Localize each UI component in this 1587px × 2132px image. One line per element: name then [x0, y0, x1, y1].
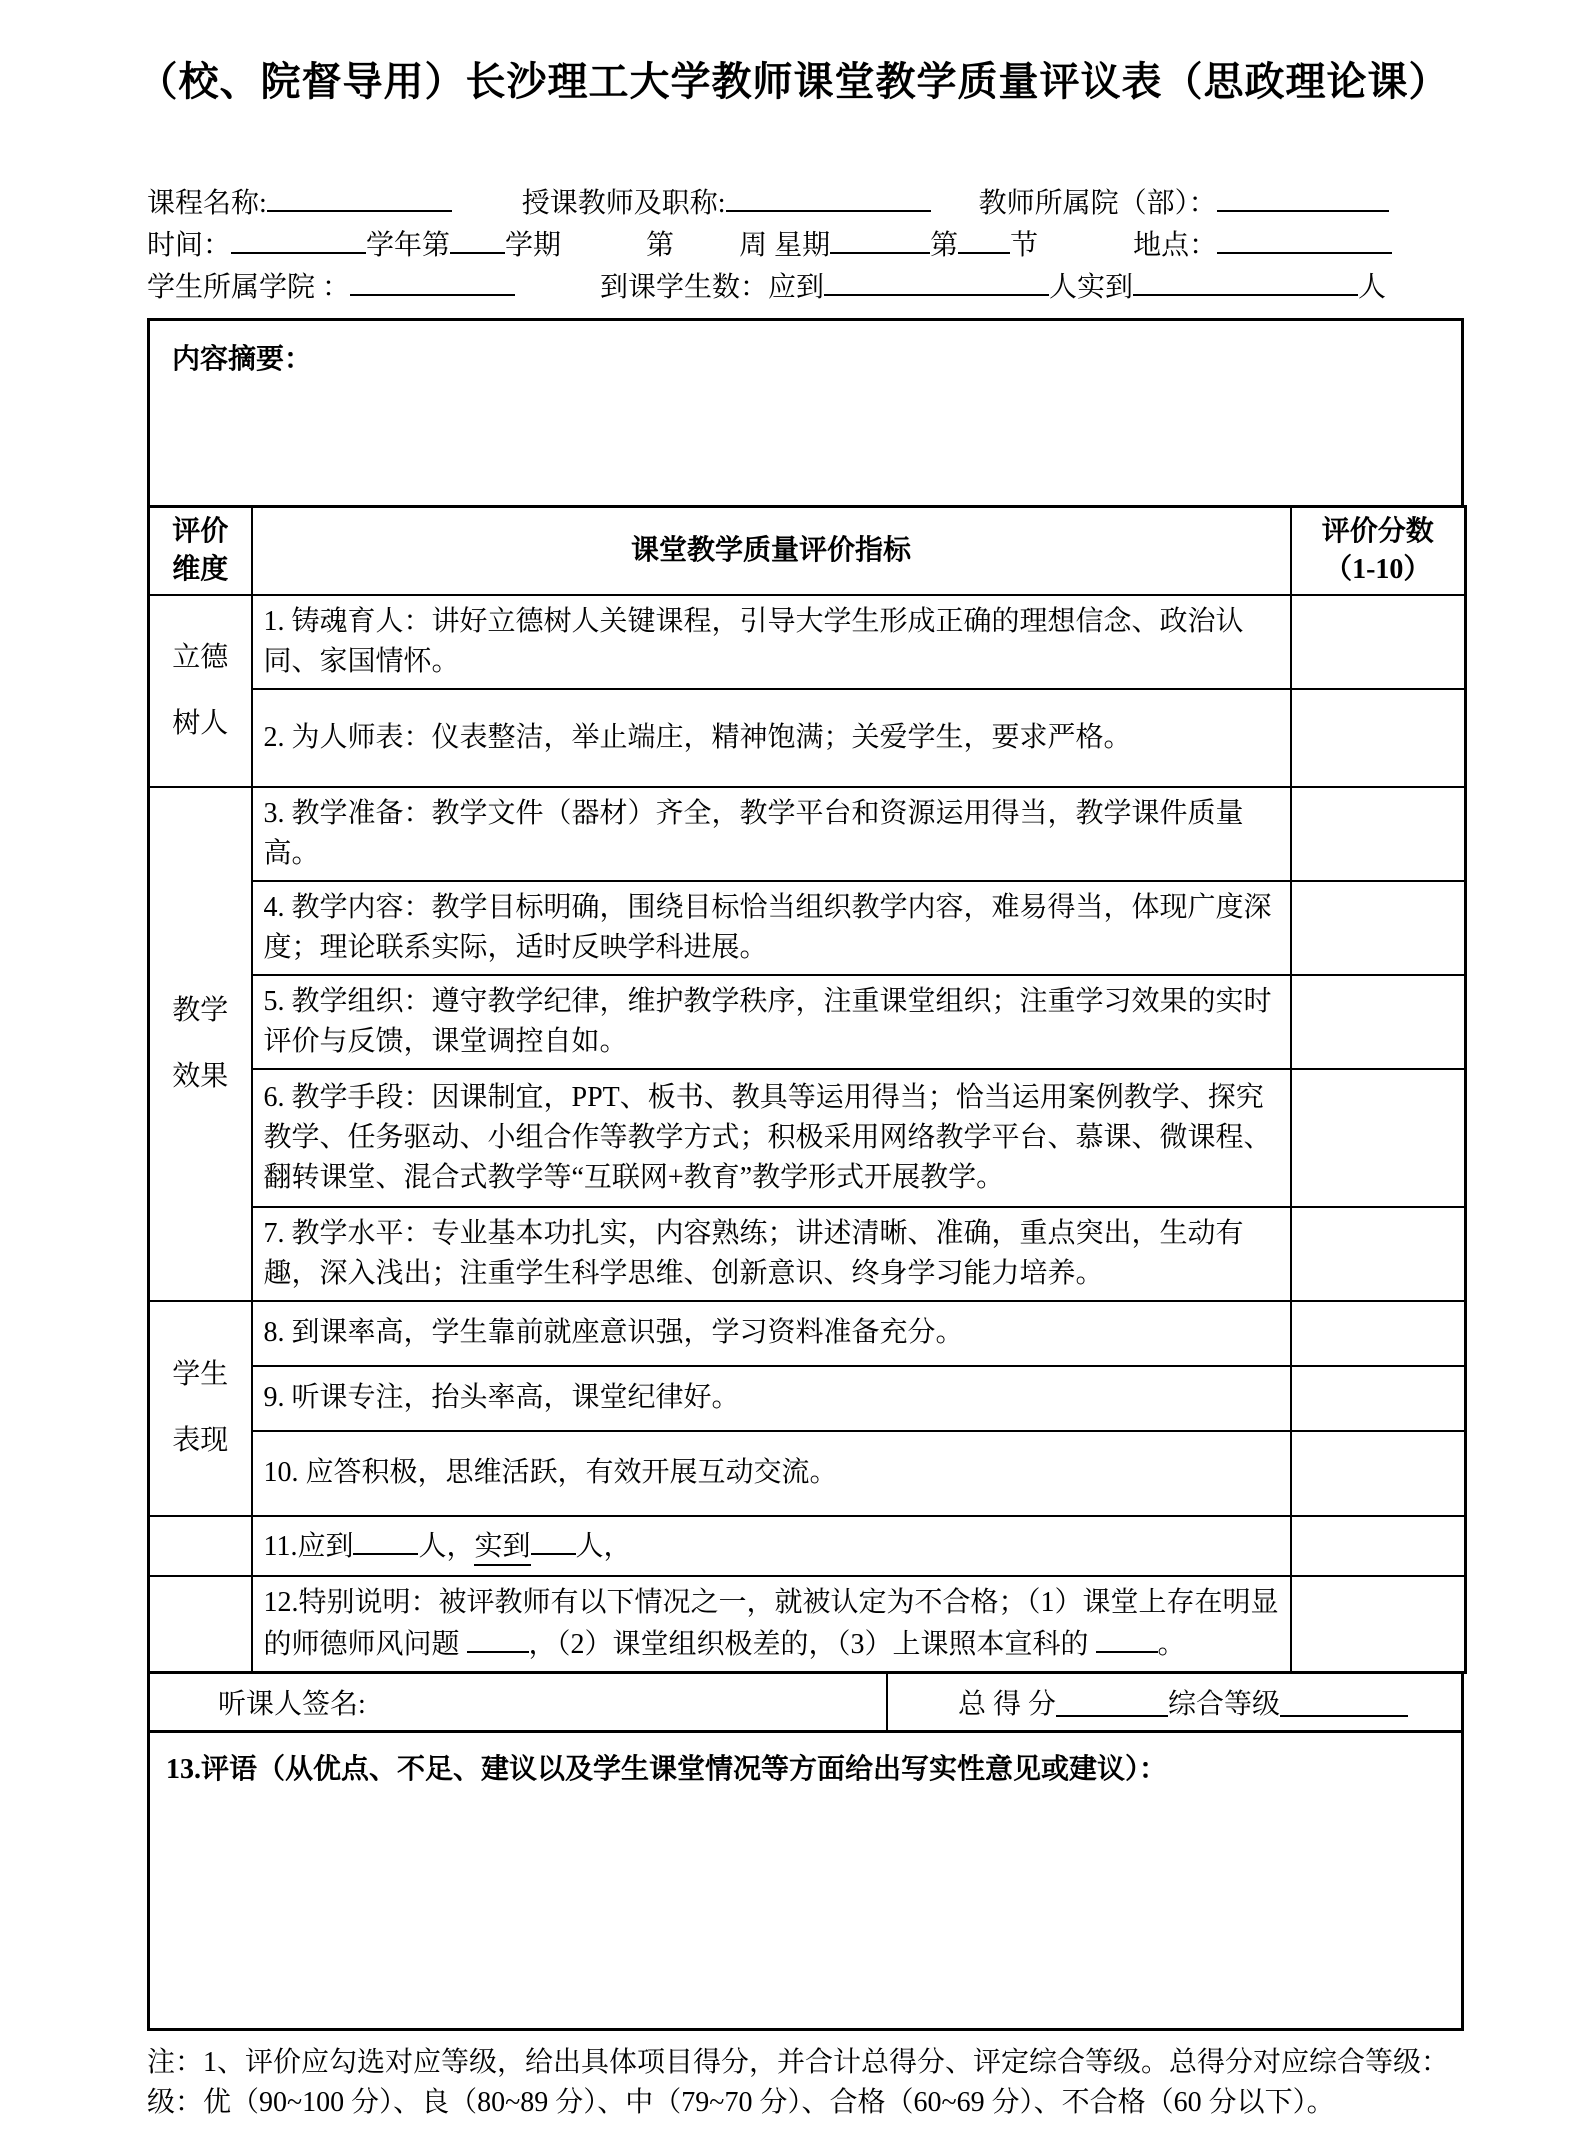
comment-box[interactable]: 13.评语（从优点、不足、建议以及学生课堂情况等方面给出写实性意见或建议）：: [147, 1730, 1464, 2031]
week-prefix-label: 第: [646, 230, 674, 261]
score-cell-8[interactable]: [1291, 1301, 1466, 1366]
actual-label-underlined: 实到: [474, 1531, 530, 1566]
term-blank[interactable]: [450, 224, 505, 254]
table-row: 11.应到人，实到人，: [149, 1516, 1466, 1576]
indicator-cell-7: 7. 教学水平：专业基本功扎实，内容熟练；讲述清晰、准确，重点突出，生动有趣，深…: [252, 1207, 1291, 1301]
score-cell-4[interactable]: [1291, 881, 1466, 975]
indicator-cell-12: 12.特别说明：被评教师有以下情况之一，就被认定为不合格；（1）课堂上存在明显的…: [252, 1576, 1291, 1673]
table-row: 立德 树人 1. 铸魂育人：讲好立德树人关键课程，引导大学生形成正确的理想信念、…: [149, 595, 1466, 689]
indicator-cell-4: 4. 教学内容：教学目标明确，围绕目标恰当组织教学内容，难易得当，体现广度深度；…: [252, 881, 1291, 975]
period-prefix-label: 第: [930, 230, 958, 261]
actual-count-blank[interactable]: [1133, 266, 1358, 296]
student-college-label: 学生所属学院 ：: [147, 272, 350, 303]
table-row: 6. 教学手段：因课制宜，PPT、板书、教具等运用得当；恰当运用案例教学、探究教…: [149, 1069, 1466, 1207]
content-summary-box[interactable]: 内容摘要：: [147, 318, 1464, 508]
course-name-label: 课程名称:: [147, 188, 267, 219]
indicator-cell-8: 8. 到课率高，学生靠前就座意识强，学习资料准备充分。: [252, 1301, 1291, 1366]
academic-year-blank[interactable]: [231, 224, 366, 254]
student-college-blank[interactable]: [350, 266, 515, 296]
form-page: （校、院督导用）长沙理工大学教师课堂教学质量评议表（思政理论课） 课程名称:授课…: [0, 0, 1587, 2132]
dimension-cell-empty-12: [149, 1576, 252, 1673]
content-summary-label: 内容摘要：: [172, 344, 312, 375]
footer-notes: 注：1、评价应勾选对应等级，给出具体项目得分，并合计总得分、评定综合等级。总得分…: [147, 2043, 1464, 2123]
indicator-cell-11: 11.应到人，实到人，: [252, 1516, 1291, 1576]
indicator-cell-1: 1. 铸魂育人：讲好立德树人关键课程，引导大学生形成正确的理想信念、政治认同、家…: [252, 595, 1291, 689]
overall-grade-blank[interactable]: [1280, 1687, 1408, 1717]
yearterm-label: 学年第: [366, 230, 450, 261]
header-score: 评价分数 （1-10）: [1291, 507, 1466, 595]
score-cell-5[interactable]: [1291, 975, 1466, 1069]
page-title: （校、院督导用）长沙理工大学教师课堂教学质量评议表（思政理论课）: [40, 56, 1547, 108]
weekday-blank[interactable]: [830, 224, 930, 254]
department-blank[interactable]: [1217, 182, 1389, 212]
indicator-cell-3: 3. 教学准备：教学文件（器材）齐全，教学平台和资源运用得当，教学课件质量高。: [252, 787, 1291, 881]
score-cell-6[interactable]: [1291, 1069, 1466, 1207]
time-label: 时间：: [147, 230, 231, 261]
total-score-blank[interactable]: [1056, 1687, 1168, 1717]
table-row: 学生 表现 8. 到课率高，学生靠前就座意识强，学习资料准备充分。: [149, 1301, 1466, 1366]
dimension-cell-morality: 立德 树人: [149, 595, 252, 787]
score-cell-2[interactable]: [1291, 689, 1466, 787]
actual-count-blank-11[interactable]: [531, 1525, 576, 1555]
signature-row: 听课人签名: 总 得 分综合等级: [147, 1671, 1464, 1733]
total-score-label: 总 得 分: [958, 1682, 1056, 1722]
location-label: 地点：: [1133, 230, 1217, 261]
overall-grade-label: 综合等级: [1168, 1682, 1280, 1722]
info-line-2: 时间：学年第学期第周 星期第节地点：: [147, 224, 1464, 266]
table-row: 4. 教学内容：教学目标明确，围绕目标恰当组织教学内容，难易得当，体现广度深度；…: [149, 881, 1466, 975]
note-line-1: 注：1、评价应勾选对应等级，给出具体项目得分，并合计总得分、评定综合等级。总得分…: [147, 2043, 1464, 2083]
expected-count-blank[interactable]: [824, 266, 1049, 296]
attendance-suffix-label: 人: [1358, 272, 1386, 303]
course-name-blank[interactable]: [267, 182, 452, 212]
score-cell-7[interactable]: [1291, 1207, 1466, 1301]
header-indicator: 课堂教学质量评价指标: [252, 507, 1291, 595]
indicator-cell-10: 10. 应答积极，思维活跃，有效开展互动交流。: [252, 1431, 1291, 1516]
info-line-1: 课程名称:授课教师及职称:教师所属院（部）：: [147, 182, 1464, 224]
score-cell-10[interactable]: [1291, 1431, 1466, 1516]
table-row: 教学 效果 3. 教学准备：教学文件（器材）齐全，教学平台和资源运用得当，教学课…: [149, 787, 1466, 881]
teacher-title-blank[interactable]: [726, 182, 931, 212]
location-blank[interactable]: [1217, 224, 1392, 254]
score-cell-12[interactable]: [1291, 1576, 1466, 1673]
signer-label: 听课人签名:: [218, 1682, 366, 1722]
score-cell-3[interactable]: [1291, 787, 1466, 881]
ethics-issue-blank[interactable]: [467, 1623, 529, 1653]
period-suffix-label: 节: [1010, 230, 1038, 261]
quality-evaluation-table: 评价 维度 课堂教学质量评价指标 评价分数 （1-10） 立德 树人 1. 铸魂…: [147, 505, 1467, 1674]
table-row: 7. 教学水平：专业基本功扎实，内容熟练；讲述清晰、准确，重点突出，生动有趣，深…: [149, 1207, 1466, 1301]
table-row: 9. 听课专注，抬头率高，课堂纪律好。: [149, 1366, 1466, 1431]
department-label: 教师所属院（部）：: [979, 188, 1217, 219]
script-reading-blank[interactable]: [1096, 1623, 1158, 1653]
table-header-row: 评价 维度 课堂教学质量评价指标 评价分数 （1-10）: [149, 507, 1466, 595]
period-blank[interactable]: [958, 224, 1010, 254]
indicator-cell-5: 5. 教学组织：遵守教学纪律，维护教学秩序，注重课堂组织；注重学习效果的实时评价…: [252, 975, 1291, 1069]
score-cell-9[interactable]: [1291, 1366, 1466, 1431]
note-line-2: 级：优（90~100 分）、良（80~89 分）、中（79~70 分）、合格（6…: [147, 2083, 1464, 2123]
term-suffix-label: 学期: [505, 230, 561, 261]
info-line-3: 学生所属学院 ：到课学生数：应到人实到人: [147, 266, 1464, 308]
signer-cell: 听课人签名:: [150, 1674, 888, 1730]
table-row: 5. 教学组织：遵守教学纪律，维护教学秩序，注重课堂组织；注重学习效果的实时评价…: [149, 975, 1466, 1069]
header-dimension: 评价 维度: [149, 507, 252, 595]
comment-label: 13.评语（从优点、不足、建议以及学生课堂情况等方面给出写实性意见或建议）：: [166, 1754, 1167, 1785]
indicator-cell-2: 2. 为人师表：仪表整洁，举止端庄，精神饱满；关爱学生，要求严格。: [252, 689, 1291, 787]
teacher-title-label: 授课教师及职称:: [522, 188, 726, 219]
score-cell-1[interactable]: [1291, 595, 1466, 689]
indicator-cell-6: 6. 教学手段：因课制宜，PPT、板书、教具等运用得当；恰当运用案例教学、探究教…: [252, 1069, 1291, 1207]
table-row: 12.特别说明：被评教师有以下情况之一，就被认定为不合格；（1）课堂上存在明显的…: [149, 1576, 1466, 1673]
header-info: 课程名称:授课教师及职称:教师所属院（部）： 时间：学年第学期第周 星期第节地点…: [147, 182, 1464, 308]
expected-count-blank-11[interactable]: [353, 1525, 418, 1555]
week-blank[interactable]: [674, 253, 739, 254]
dimension-cell-students: 学生 表现: [149, 1301, 252, 1516]
week-suffix-label: 周 星期: [739, 230, 830, 261]
score-cell-11[interactable]: [1291, 1516, 1466, 1576]
attendance-label: 到课学生数：应到: [600, 272, 824, 303]
attendance-mid-label: 人实到: [1049, 272, 1133, 303]
dimension-cell-teaching: 教学 效果: [149, 787, 252, 1301]
table-row: 2. 为人师表：仪表整洁，举止端庄，精神饱满；关爱学生，要求严格。: [149, 689, 1466, 787]
indicator-cell-9: 9. 听课专注，抬头率高，课堂纪律好。: [252, 1366, 1291, 1431]
table-row: 10. 应答积极，思维活跃，有效开展互动交流。: [149, 1431, 1466, 1516]
total-score-cell: 总 得 分综合等级: [888, 1674, 1461, 1730]
dimension-cell-empty-11: [149, 1516, 252, 1576]
